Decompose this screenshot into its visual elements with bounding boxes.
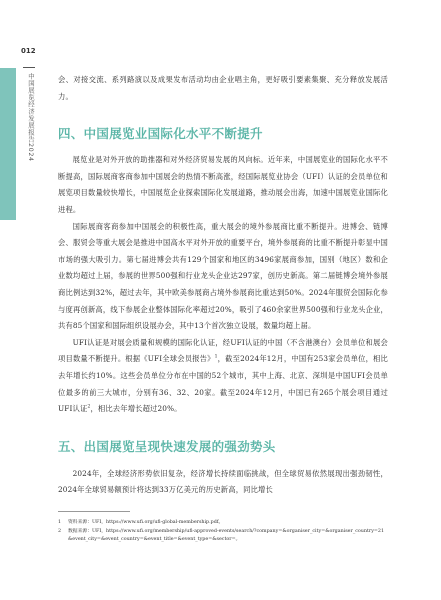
continued-paragraph: 会、对接交流、系列路演以及成果发布活动均由企业唱主角，更好吸引要素集聚、充分释放… bbox=[58, 72, 388, 105]
page-number: 012 bbox=[21, 47, 36, 55]
running-title: 中国展览经济发展报告2024 bbox=[24, 73, 36, 162]
section-heading-4: 四、中国展览业国际化水平不断提升 bbox=[58, 124, 388, 142]
footnote-1: 1 资料来源：UFI，https://www.ufi.org/ufi-globa… bbox=[58, 519, 388, 528]
footnotes: 1 资料来源：UFI，https://www.ufi.org/ufi-globa… bbox=[58, 519, 388, 545]
ufi-paragraph: UFI认证是对展会质量和规模的国际化认证，经UFI认证的中国（不含港澳台）会员单… bbox=[58, 335, 388, 418]
side-divider bbox=[23, 67, 35, 68]
page-content: 会、对接交流、系列路演以及成果发布活动均由企业唱主角，更好吸引要素集聚、充分释放… bbox=[58, 72, 388, 499]
footnote-number: 2 bbox=[58, 528, 68, 545]
footnote-number: 1 bbox=[58, 519, 68, 528]
section-heading-5: 五、出国展览呈现快速发展的强劲势头 bbox=[58, 437, 388, 455]
side-color-bar bbox=[0, 68, 16, 220]
footnote-divider bbox=[58, 511, 130, 512]
text: ，相比去年增长超过20%。 bbox=[90, 404, 181, 413]
footnote-text: 资料来源：UFI，https://www.ufi.org/ufi-global-… bbox=[68, 519, 388, 528]
footnote-text: 数据来源：UFI，https://www.ufi.org/membership/… bbox=[68, 528, 388, 545]
paragraph: 国际展商客商参加中国展会的积极性高，重大展会的境外参展商比重不断提升。进博会、链… bbox=[58, 219, 388, 335]
paragraph: 2024年，全球经济形势依旧复杂，经济增长持续面临挑战，但全球贸易依然展现出强劲… bbox=[58, 466, 388, 499]
paragraph: 展览业是对外开放的助推器和对外经济贸易发展的风向标。近年来，中国展览业的国际化水… bbox=[58, 152, 388, 218]
footnote-2: 2 数据来源：UFI，https://www.ufi.org/membershi… bbox=[58, 528, 388, 545]
